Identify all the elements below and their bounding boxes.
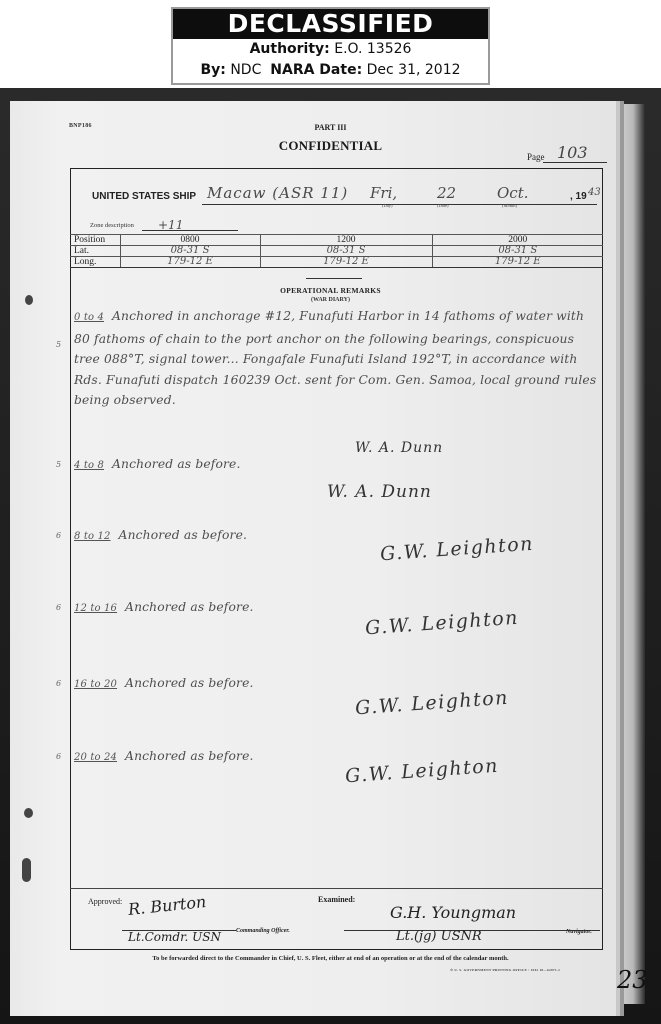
entry-time: 8 to 12 (74, 531, 111, 542)
folio-number: 23 (617, 966, 648, 994)
nara-label: NARA Date: (270, 62, 362, 78)
ship-header-row: UNITED STATES SHIP Macaw (ASR 11) Fri, 2… (92, 186, 604, 206)
entry-body: 20 to 24Anchored as before. (74, 746, 599, 769)
latitude-row: Lat. 08-31 S 08-31 S 08-31 S (70, 246, 603, 257)
entry-text: Anchored as before. (119, 528, 248, 542)
declassified-stamp: DECLASSIFIED Authority: E.O. 13526 By: N… (171, 7, 490, 85)
remarks-subtitle: (WAR DIARY) (0, 297, 661, 303)
forwarding-instruction: To be forwarded direct to the Commander … (0, 955, 661, 962)
entry-time: 12 to 16 (74, 603, 117, 614)
diary-entry: 5 4 to 8Anchored as before. (74, 454, 599, 477)
year-suffix: 43 (588, 187, 601, 198)
by-value: NDC (230, 62, 261, 78)
longitude-row: Long. 179-12 E 179-12 E 179-12 E (70, 257, 603, 268)
navigator-rank: Lt.(jg) USNR (396, 929, 482, 944)
ship-name: Macaw (ASR 11) (207, 184, 348, 202)
entry-time: 20 to 24 (74, 752, 117, 763)
entry-margin-mark: 6 (56, 603, 61, 612)
entry-text: Anchored in anchorage #12, Funafuti Harb… (74, 309, 596, 407)
entry-text: Anchored as before. (125, 600, 254, 614)
date-caption: (Date) (437, 203, 449, 208)
ship-underline (202, 204, 597, 205)
long-0800: 179-12 E (167, 256, 213, 267)
entry-margin-mark: 6 (56, 752, 61, 761)
position-table: Position 0800 1200 2000 Lat. 08-31 S 08-… (70, 234, 603, 268)
watch-officer-signature: W. A. Dunn (327, 482, 432, 502)
navigator-signature: G.H. Youngman (390, 903, 516, 922)
examined-label: Examined: (318, 895, 355, 904)
part-heading: PART III (0, 123, 661, 132)
by-label: By: (200, 62, 225, 78)
stamp-nara: By: NDC NARA Date: Dec 31, 2012 (173, 60, 488, 81)
authority-value: E.O. 13526 (334, 41, 411, 57)
entry-body: 0 to 4Anchored in anchorage #12, Funafut… (74, 306, 599, 411)
punch-hole (24, 808, 33, 818)
entry-margin-mark: 6 (56, 531, 61, 540)
year-prefix: , 19 (570, 191, 587, 202)
printer-imprint: ☆ U. S. GOVERNMENT PRINTING OFFICE : 194… (450, 968, 560, 972)
entry-text: Anchored as before. (125, 676, 254, 690)
day-caption: (Day) (382, 203, 393, 208)
ship-day: Fri, (370, 184, 397, 202)
stamp-title: DECLASSIFIED (173, 9, 488, 39)
remarks-title: OPERATIONAL REMARKS (0, 286, 661, 295)
lat-1200: 08-31 S (327, 245, 366, 256)
time-1200-header: 1200 (260, 235, 432, 246)
entry-time: 16 to 20 (74, 679, 117, 690)
ship-label: UNITED STATES SHIP (92, 191, 196, 202)
long-1200: 179-12 E (323, 256, 369, 267)
diary-entry: 5 0 to 4Anchored in anchorage #12, Funaf… (74, 306, 599, 411)
entry-margin-mark: 5 (56, 460, 61, 469)
entry-body: 12 to 16Anchored as before. (74, 597, 599, 620)
co-caption: Commanding Officer. (236, 928, 290, 934)
position-header: Position (70, 235, 120, 246)
navigator-caption: Navigator. (566, 929, 592, 935)
underlying-page-edge (615, 104, 645, 1004)
ship-date: 22 (437, 184, 456, 202)
entry-body: 16 to 20Anchored as before. (74, 673, 599, 696)
ship-month: Oct. (497, 184, 529, 202)
section-divider (306, 278, 362, 279)
entry-time: 4 to 8 (74, 460, 104, 471)
punch-hole (22, 858, 31, 882)
approved-label: Approved: (88, 897, 122, 906)
diary-entry: 6 16 to 20Anchored as before. (74, 673, 599, 696)
entry-body: 4 to 8Anchored as before. (74, 454, 599, 477)
long-label: Long. (70, 257, 120, 268)
page-label: Page (527, 152, 545, 162)
zone-underline (142, 230, 238, 231)
month-caption: (Month) (502, 203, 517, 208)
position-header-row: Position 0800 1200 2000 (70, 235, 603, 246)
lat-label: Lat. (70, 246, 120, 257)
diary-entry: 6 12 to 16Anchored as before. (74, 597, 599, 620)
page-number: 103 (543, 143, 607, 163)
lat-0800: 08-31 S (171, 245, 210, 256)
zone-value: +11 (158, 218, 183, 232)
time-0800-header: 0800 (120, 235, 260, 246)
entry-time: 0 to 4 (74, 312, 104, 323)
zone-label: Zone description (90, 222, 134, 229)
entry-text: Anchored as before. (125, 749, 254, 763)
long-2000: 179-12 E (495, 256, 541, 267)
stamp-authority: Authority: E.O. 13526 (173, 39, 488, 60)
lat-2000: 08-31 S (498, 245, 537, 256)
entry-text: Anchored as before. (112, 457, 241, 471)
time-2000-header: 2000 (432, 235, 603, 246)
co-rank: Lt.Comdr. USN (128, 930, 221, 944)
diary-entry: 6 20 to 24Anchored as before. (74, 746, 599, 769)
entry-margin-mark: 6 (56, 679, 61, 688)
authority-label: Authority: (250, 41, 330, 57)
nara-value: Dec 31, 2012 (367, 62, 461, 78)
entry-margin-mark: 5 (56, 340, 61, 349)
